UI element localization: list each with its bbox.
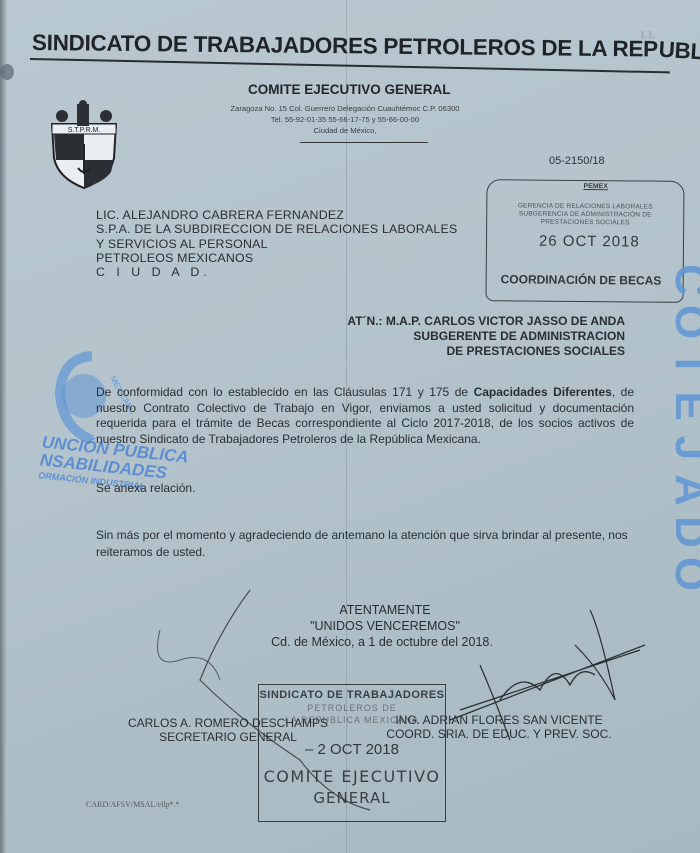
addressee-line: LIC. ALEJANDRO CABRERA FERNANDEZ [96, 208, 457, 222]
body-paragraph-3: Sin más por el momento y agradeciendo de… [96, 527, 634, 561]
stamp-department: COORDINACIÓN DE BECAS [501, 272, 662, 287]
pemex-received-stamp: PEMEX GERENCIA DE RELACIONES LABORALES S… [485, 179, 684, 303]
attention-line: DE PRESTACIONES SOCIALES [300, 344, 625, 359]
stamp-line: PRESTACIONES SOCIALES [487, 218, 683, 227]
addressee-line: C I U D A D. [96, 265, 457, 279]
cotejado-letter: D [665, 512, 700, 552]
signatory-title: COORD. SRIA. DE EDUC. Y PREV. SOC. [370, 727, 628, 741]
addressee-line: Y SERVICIOS AL PERSONAL [96, 237, 457, 251]
signatory-1: CARLOS A. ROMERO DESCHAMPS SECRETARIO GE… [113, 716, 343, 744]
cotejado-letter: O [665, 302, 700, 342]
attention-block: AT´N.: M.A.P. CARLOS VICTOR JASSO DE AND… [300, 314, 625, 359]
signatory-2: ING. ADRIAN FLORES SAN VICENTE COORD. SR… [370, 713, 628, 741]
addressee-block: LIC. ALEJANDRO CABRERA FERNANDEZ S.P.A. … [96, 208, 457, 279]
signatory-title: SECRETARIO GENERAL [113, 730, 343, 744]
cotejado-letter: A [665, 470, 700, 510]
addressee-line: PETROLEOS MEXICANOS [96, 251, 457, 265]
stamp-date: 26 OCT 2018 [539, 233, 640, 251]
binder-hole [0, 64, 14, 80]
addressee-line: S.P.A. DE LA SUBDIRECCION DE RELACIONES … [96, 222, 457, 236]
cotejado-letter: J [665, 428, 700, 468]
body-paragraph-1: De conformidad con lo establecido en las… [96, 385, 634, 447]
signatory-name: ING. ADRIAN FLORES SAN VICENTE [370, 713, 628, 727]
paper-left-edge [0, 0, 7, 853]
cotejado-letter: O [665, 554, 700, 594]
signatory-name: CARLOS A. ROMERO DESCHAMPS [113, 716, 343, 730]
city-line: Ciudad de México, [180, 126, 510, 135]
cotejado-letter: T [665, 344, 700, 384]
typist-initials: CARD/AFSV/MSAL/ellp*.* [86, 800, 180, 809]
attention-line: AT´N.: M.A.P. CARLOS VICTOR JASSO DE AND… [300, 314, 625, 329]
reference-number: 05-2150/18 [549, 155, 605, 167]
union-title-part-a: SINDICATO DE TRABAJADORES PETROLEROS DE … [32, 30, 658, 62]
svg-text:S.T.P.R.M.: S.T.P.R.M. [68, 127, 101, 134]
address-line: Zaragoza No. 15 Col. Guerrero Delegación… [180, 104, 510, 113]
cotejado-letter: C [665, 260, 700, 300]
address-underline [300, 142, 428, 143]
union-crest-icon: S.T.P.R.M. [44, 100, 124, 190]
committee-heading: COMITE EJECUTIVO GENERAL [248, 82, 451, 97]
signature-strokes-icon [100, 570, 660, 820]
bold-phrase: Capacidades Diferentes [474, 385, 612, 399]
union-title-part-b: UBLICA MEXICANA [658, 37, 700, 76]
phone-line: Tel. 55-92-01-35 55-66-17-75 y 55-66-00-… [180, 115, 510, 124]
cotejado-stamp: C O T E J A D O [670, 255, 700, 600]
attention-line: SUBGERENTE DE ADMINISTRACION [300, 329, 625, 344]
body-paragraph-2: Se anexa relación. [96, 481, 195, 495]
pemex-logo: PEMEX [583, 183, 608, 190]
cotejado-letter: E [665, 386, 700, 426]
